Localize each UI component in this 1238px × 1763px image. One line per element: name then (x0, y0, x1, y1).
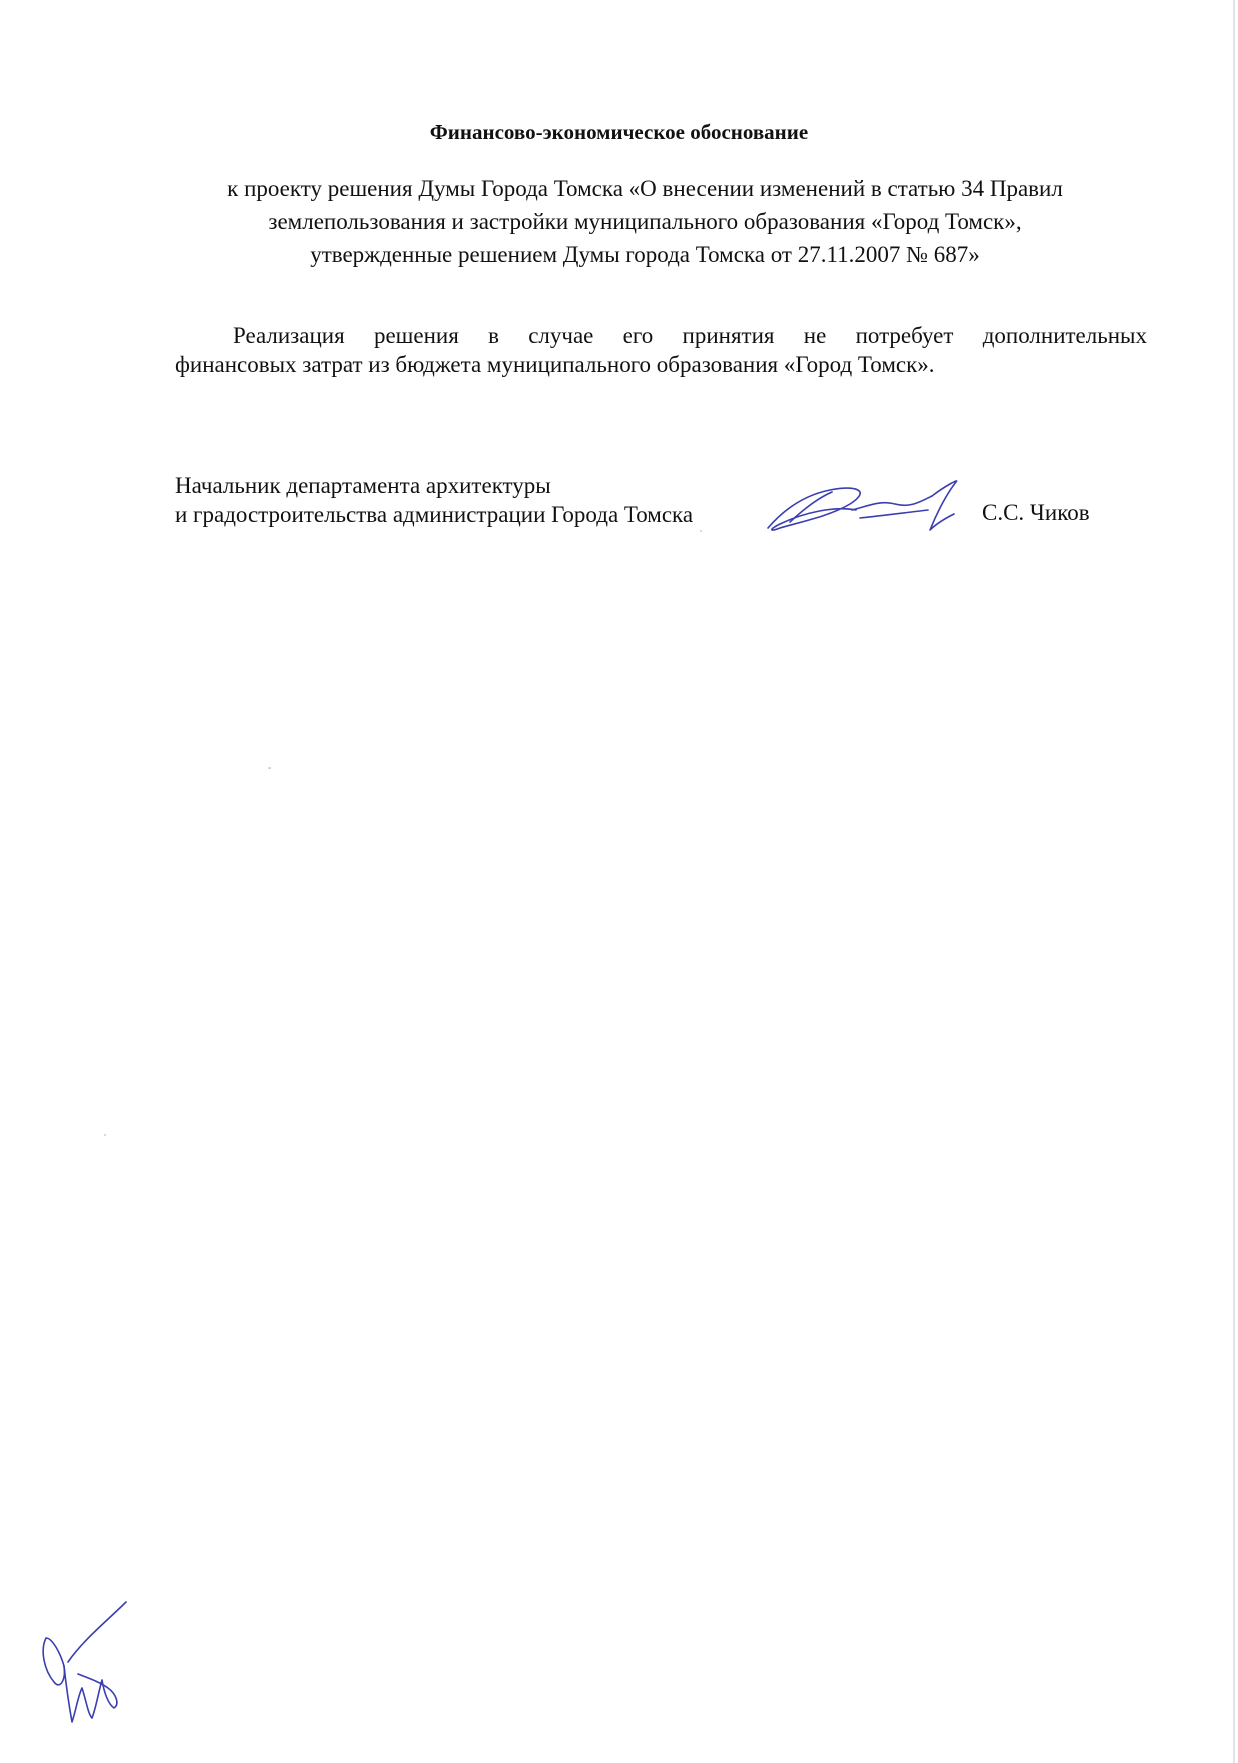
handwritten-initials-icon (38, 1600, 128, 1730)
signer-name: С.С. Чиков (982, 500, 1090, 526)
scan-speck (700, 530, 702, 532)
signer-position: Начальник департамента архитектуры и гра… (175, 471, 693, 529)
scan-speck (268, 767, 271, 769)
document-page: Финансово-экономическое обоснование к пр… (0, 0, 1238, 1763)
scan-speck (104, 1134, 106, 1136)
body-paragraph: Реализация решения в случае его принятия… (175, 321, 1147, 379)
scan-edge-line (1233, 0, 1235, 1763)
subtitle-line: землепользования и застройки муниципальн… (175, 205, 1115, 238)
position-line: Начальник департамента архитектуры (175, 471, 693, 500)
subtitle-line: к проекту решения Думы Города Томска «О … (175, 172, 1115, 205)
body-line: Реализация решения в случае его принятия… (175, 321, 1147, 350)
position-line: и градостроительства администрации Город… (175, 500, 693, 529)
subtitle-line: утвержденные решением Думы города Томска… (175, 238, 1115, 271)
handwritten-signature-icon (760, 470, 970, 540)
document-subtitle: к проекту решения Думы Города Томска «О … (175, 172, 1115, 271)
document-title: Финансово-экономическое обоснование (0, 120, 1238, 145)
body-line: финансовых затрат из бюджета муниципальн… (175, 350, 1147, 379)
